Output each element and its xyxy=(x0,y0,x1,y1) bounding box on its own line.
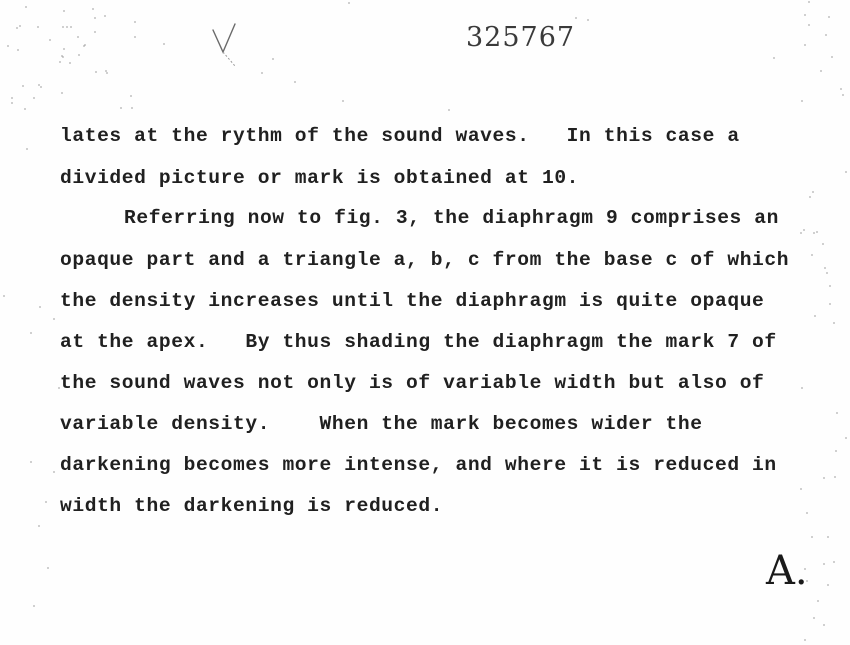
text-line: Referring now to fig. 3, the diaphragm 9… xyxy=(124,206,779,230)
text-line: divided picture or mark is obtained at 1… xyxy=(60,166,579,190)
text-line: at the apex. By thus shading the diaphra… xyxy=(60,330,777,354)
document-page: 325767 lates at the rythm of the sound w… xyxy=(0,0,850,645)
document-number: 325767 xyxy=(466,22,575,53)
text-line: darkening becomes more intense, and wher… xyxy=(60,453,777,477)
text-line: opaque part and a triangle a, b, c from … xyxy=(60,248,789,272)
text-line: variable density. When the mark becomes … xyxy=(60,412,703,436)
text-line: the sound waves not only is of variable … xyxy=(60,371,764,395)
check-mark-icon xyxy=(205,18,245,68)
section-letter: A. xyxy=(766,548,808,594)
text-line: width the darkening is reduced. xyxy=(60,494,443,518)
text-line: the density increases until the diaphrag… xyxy=(60,289,764,313)
text-line: lates at the rythm of the sound waves. I… xyxy=(60,124,740,148)
